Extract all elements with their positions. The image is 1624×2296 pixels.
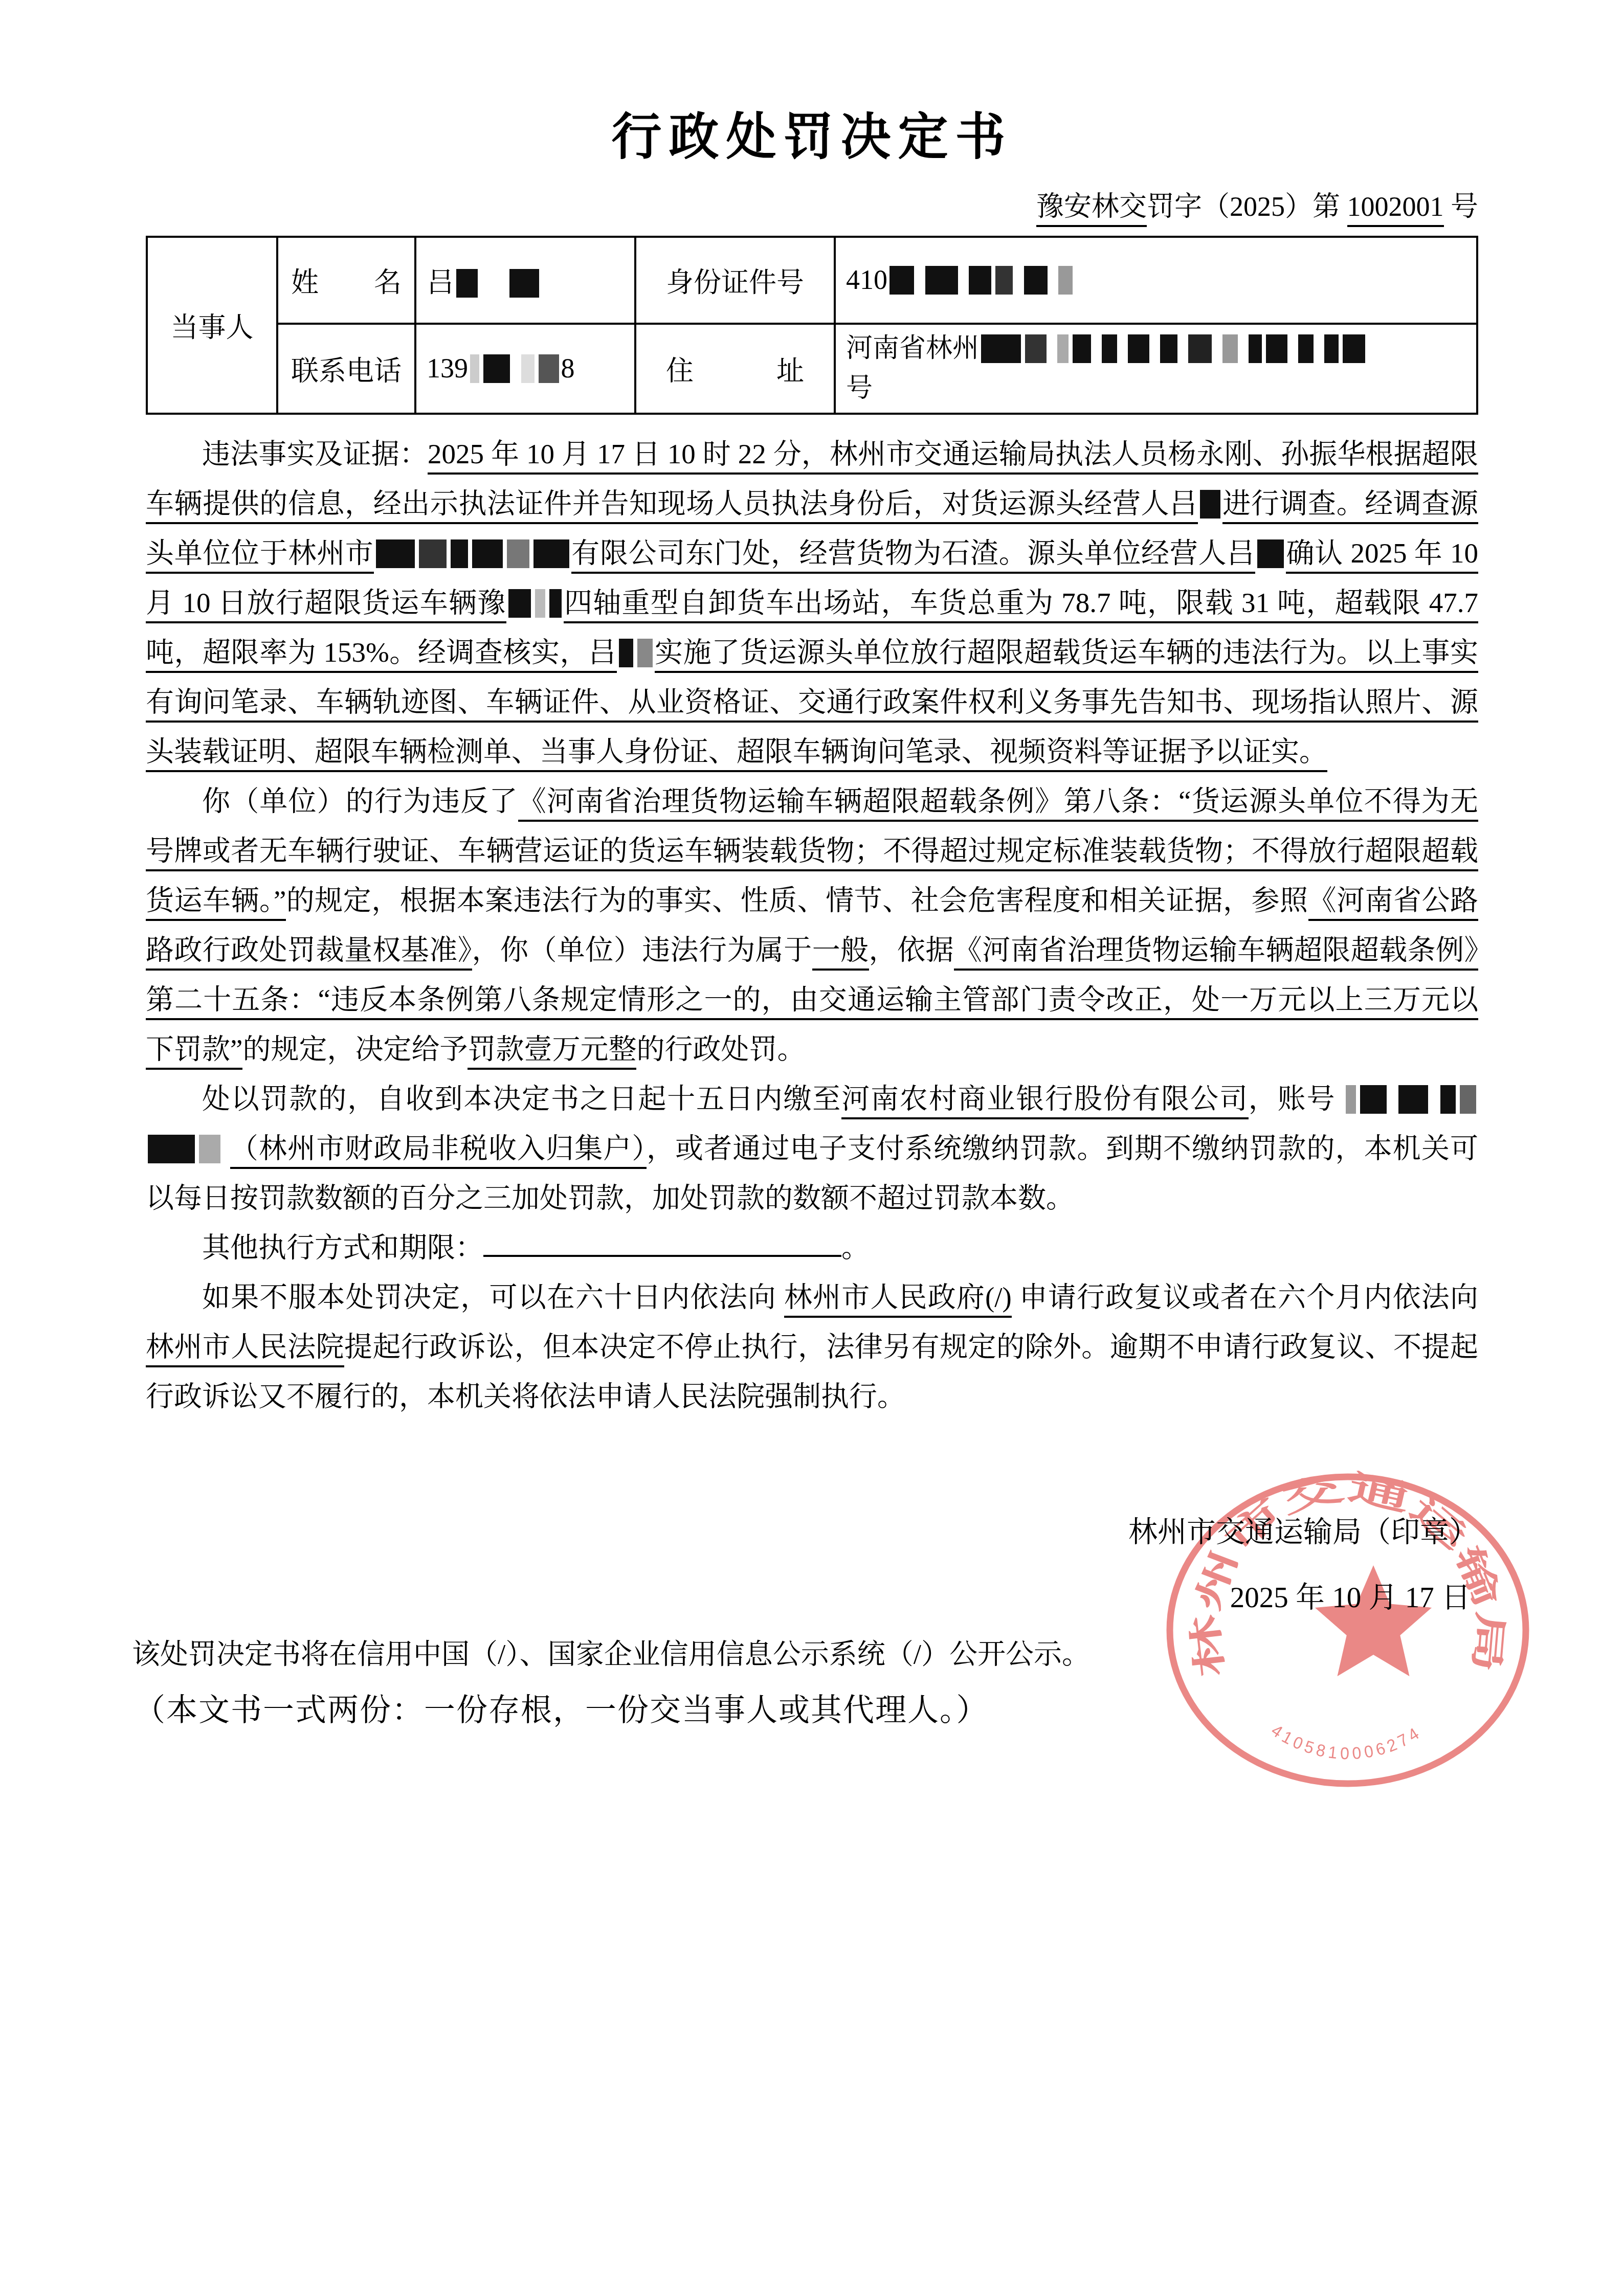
text-run	[916, 264, 923, 295]
text-run	[1049, 334, 1055, 363]
redaction-block	[1102, 334, 1117, 363]
redaction-block	[451, 539, 468, 568]
underlined-text: 河南农村商业银行股份有限公司	[841, 1083, 1249, 1119]
redaction-block	[419, 539, 447, 568]
underlined-text: 罚款壹万元整	[468, 1033, 636, 1070]
redaction-block	[535, 589, 545, 618]
phone-label: 联系电话	[277, 324, 415, 414]
redaction-block	[1200, 490, 1220, 519]
seal-code-label: 4105810006274	[1268, 1721, 1425, 1763]
paragraph-other-execution: 其他执行方式和期限：。	[146, 1223, 1478, 1272]
redaction-block	[1346, 1085, 1356, 1114]
paragraph-facts-evidence: 违法事实及证据：2025 年 10 月 17 日 10 时 22 分，林州市交通…	[146, 429, 1478, 776]
text-run: 139	[427, 353, 468, 384]
document-number: 豫安林交罚字（2025）第 1002001 号	[146, 189, 1478, 224]
underlined-text: 1002001	[1347, 191, 1444, 227]
redaction-block	[981, 334, 1021, 363]
text-run: ，依据	[869, 934, 954, 965]
text-run	[512, 353, 519, 384]
name-label: 姓 名	[277, 237, 415, 324]
redaction-block	[483, 354, 510, 383]
paragraph-appeal-rights: 如果不服本处罚决定，可以在六十日内依法向 林州市人民政府(/) 申请行政复议或者…	[146, 1272, 1478, 1421]
redaction-block	[470, 354, 479, 383]
text-run: 吕	[427, 267, 454, 298]
redaction-block	[376, 539, 415, 568]
table-row: 当事人 姓 名 吕 身份证件号 410	[147, 237, 1477, 324]
text-run: 河南省林州	[846, 334, 979, 363]
paragraph-violation-basis: 你（单位）的行为违反了《河南省治理货物运输车辆超限超载条例》第八条：“货运源头单…	[146, 776, 1478, 1074]
underlined-text: 有限公司东门处，经营货物为石渣。源头单位经营人吕	[571, 537, 1255, 574]
copies-note: （本文书一式两份：一份存根，一份交当事人或其代理人。）	[134, 1685, 989, 1730]
document-title: 行政处罚决定书	[146, 102, 1478, 171]
id-number-label: 身份证件号	[635, 237, 835, 324]
text-run: 的行政处罚。	[636, 1033, 805, 1065]
redaction-block	[1257, 539, 1284, 568]
redaction-block	[1160, 334, 1177, 363]
text-run	[960, 264, 967, 295]
redaction-block	[472, 539, 503, 568]
redaction-block	[199, 1135, 220, 1163]
redaction-block	[1398, 1085, 1428, 1114]
redaction-block	[1057, 334, 1069, 363]
text-run: 提起行政诉讼，但本决定不停止执行，法律另有规定的除外。逾期不申请行政复议、不提起…	[146, 1331, 1478, 1412]
penalty-decision-document: 行政处罚决定书 豫安林交罚字（2025）第 1002001 号 当事人 姓 名 …	[0, 0, 1624, 2296]
redaction-block	[1128, 334, 1149, 363]
redaction-block	[1440, 1085, 1456, 1114]
text-run: 其他执行方式和期限：	[202, 1232, 483, 1263]
text-run: 罚字（2025）第	[1147, 191, 1347, 222]
text-run	[1015, 264, 1022, 295]
underlined-text: 一般	[812, 934, 869, 971]
text-run	[1093, 334, 1100, 363]
redaction-block	[619, 639, 633, 667]
text-run	[1430, 1083, 1438, 1114]
party-label: 当事人	[147, 237, 277, 414]
underlined-text: 林州市人民法院	[146, 1331, 344, 1367]
underlined-text: 豫安林交	[1036, 191, 1147, 227]
redaction-block	[1188, 334, 1212, 363]
issuing-agency-line: 林州市交通运输局（印章）	[1128, 1509, 1478, 1550]
text-run: 410	[846, 264, 887, 295]
phone-value: 139 8	[415, 324, 635, 414]
redaction-block	[969, 266, 991, 295]
text-run: 处以罚款的，自收到本决定书之日起十五日内缴至	[202, 1083, 841, 1114]
document-content: 行政处罚决定书 豫安林交罚字（2025）第 1002001 号 当事人 姓 名 …	[0, 0, 1624, 1421]
text-run: ，你（单位）违法行为属于	[472, 934, 812, 965]
redaction-block	[521, 354, 535, 383]
redaction-block	[539, 354, 559, 383]
redaction-block	[509, 269, 539, 298]
text-run	[1050, 264, 1057, 295]
redaction-block	[1024, 266, 1048, 295]
text-run: 号	[1444, 191, 1479, 222]
redaction-block	[1360, 1085, 1387, 1114]
decision-date-line: 2025 年 10 月 17 日	[1230, 1574, 1471, 1616]
text-run: 如果不服本处罚决定，可以在六十日内依法向	[202, 1281, 784, 1313]
text-run	[1151, 334, 1158, 363]
text-run	[480, 267, 507, 298]
text-run	[1316, 334, 1322, 363]
text-run	[1180, 334, 1186, 363]
redaction-block	[1460, 1085, 1476, 1114]
text-run	[1119, 334, 1126, 363]
redaction-block	[889, 266, 914, 295]
table-row: 联系电话 139 8 住 址 河南省林州 号	[147, 324, 1477, 414]
text-run: 。	[841, 1232, 870, 1263]
text-run	[1214, 334, 1220, 363]
paragraph-payment-instructions: 处以罚款的，自收到本决定书之日起十五日内缴至河南农村商业银行股份有限公司，账号 …	[146, 1074, 1478, 1223]
redaction-block	[148, 1135, 195, 1163]
redaction-block	[1058, 266, 1073, 295]
blank-underline	[483, 1227, 841, 1257]
public-disclosure-note: 该处罚决定书将在信用中国（/）、国家企业信用信息公示系统（/）公开公示。	[132, 1631, 1090, 1672]
redaction-block	[1298, 334, 1314, 363]
id-number-value: 410	[835, 237, 1477, 324]
redaction-block	[456, 269, 478, 298]
text-run	[223, 1133, 230, 1164]
redaction-block	[549, 589, 562, 618]
seal-code-text: 4105810006274	[1268, 1721, 1425, 1763]
redaction-block	[925, 266, 958, 295]
text-run	[1389, 1083, 1397, 1114]
redaction-block	[637, 639, 653, 667]
address-label: 住 址	[635, 324, 835, 414]
text-run: ，账号	[1249, 1083, 1344, 1114]
text-run: 号	[846, 374, 873, 403]
text-run: 的规定，决定给予	[242, 1033, 468, 1065]
redaction-block	[1266, 334, 1287, 363]
redaction-block	[995, 266, 1013, 295]
text-run	[1240, 334, 1247, 363]
text-run: 你（单位）的行为违反了	[202, 785, 518, 817]
text-run: 违法事实及证据：	[202, 438, 428, 469]
redaction-block	[507, 539, 529, 568]
text-run	[1289, 334, 1296, 363]
name-value: 吕	[415, 237, 635, 324]
redaction-block	[1025, 334, 1047, 363]
underlined-text: 林州市人民政府(/)	[784, 1281, 1012, 1318]
address-value: 河南省林州 号	[835, 324, 1477, 414]
redaction-block	[508, 589, 531, 618]
party-info-table: 当事人 姓 名 吕 身份证件号 410 联系电话 139 8 住 址 河南省林州…	[146, 236, 1478, 415]
document-body: 违法事实及证据：2025 年 10 月 17 日 10 时 22 分，林州市交通…	[146, 429, 1478, 1421]
text-run: 8	[561, 353, 575, 384]
redaction-block	[1222, 334, 1238, 363]
underlined-text: （林州市财政局非税收入归集户）	[230, 1133, 647, 1169]
redaction-block	[1324, 334, 1339, 363]
redaction-block	[1249, 334, 1262, 363]
redaction-block	[1073, 334, 1091, 363]
text-run: 申请行政复议或者在六个月内依法向	[1012, 1281, 1478, 1313]
text-run: 的规定，根据本案违法行为的事实、性质、情节、社会危害程度和相关证据，参照	[286, 885, 1308, 916]
redaction-block	[533, 539, 569, 568]
redaction-block	[1343, 334, 1365, 363]
